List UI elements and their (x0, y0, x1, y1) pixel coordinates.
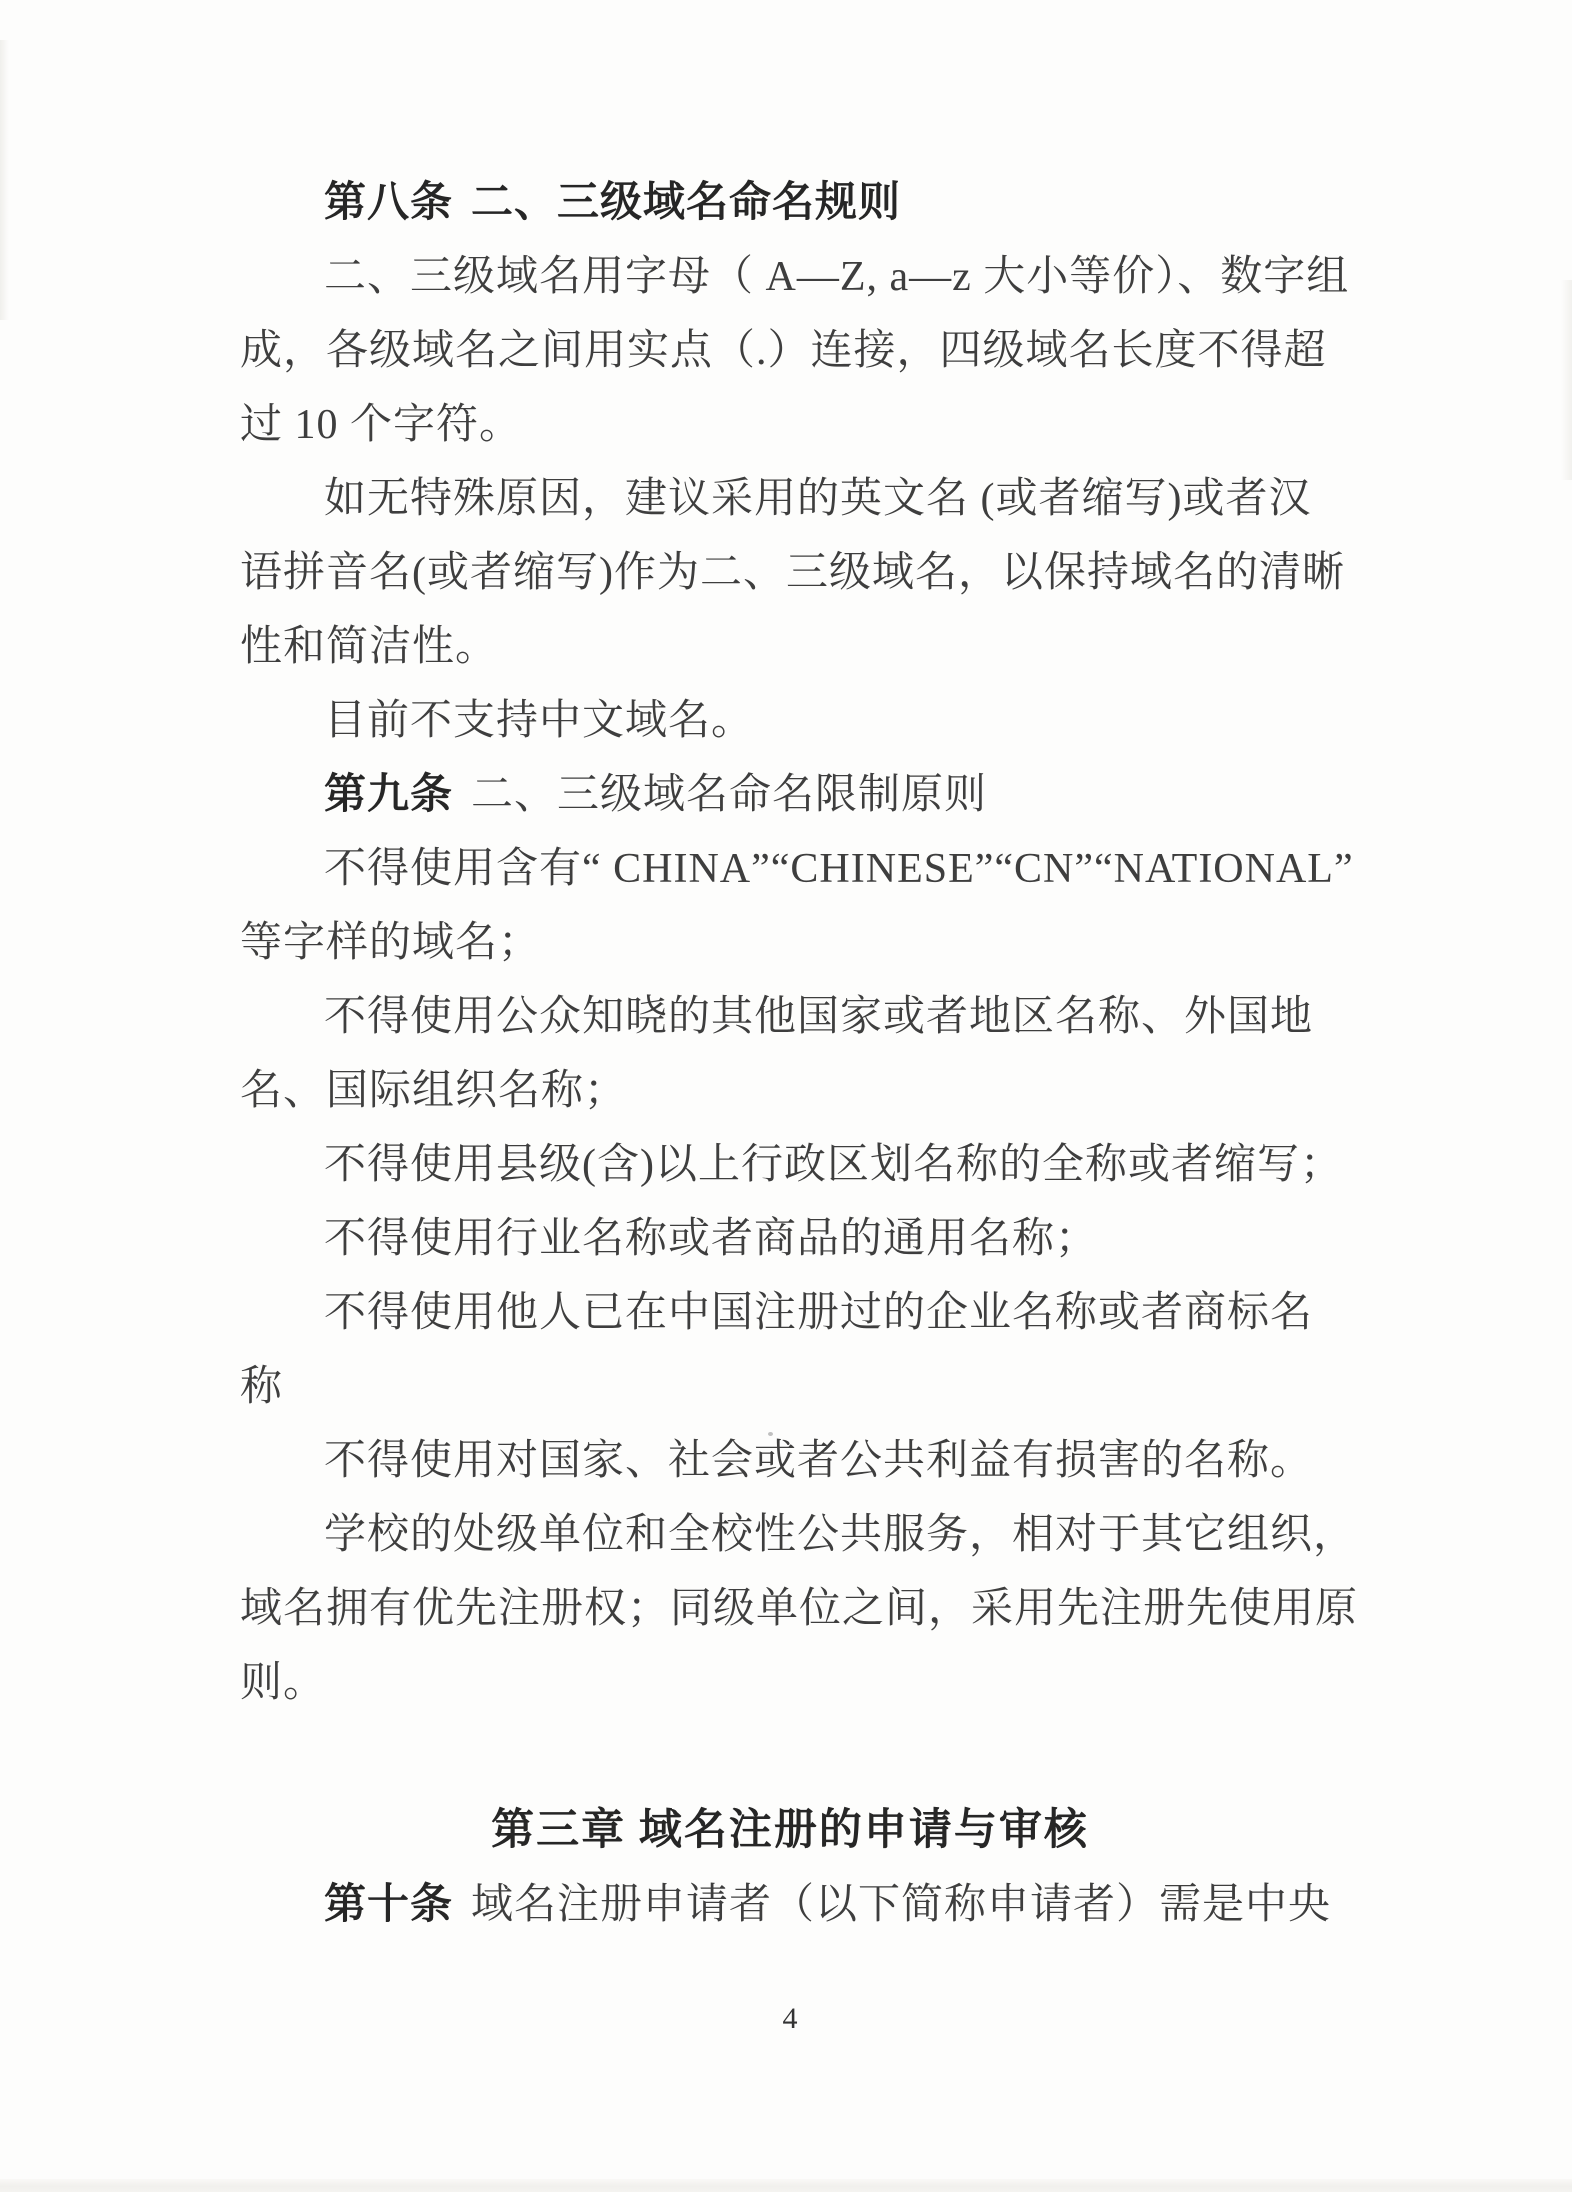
page-number: 4 (240, 2002, 1340, 2036)
paragraph-line: 性和简洁性。 (240, 610, 1340, 684)
article-8-number: 第八条 (324, 180, 453, 226)
document-body: 第八条二、三级域名命名规则 二、三级域名用字母（ A—Z, a—z 大小等价）、… (240, 166, 1340, 1942)
article-10-title: 域名注册申请者（以下简称申请者）需是中央 (471, 1882, 1331, 1928)
paragraph-line: 目前不支持中文域名。 (240, 684, 1340, 758)
article-9-heading: 第九条二、三级域名命名限制原则 (240, 758, 1340, 832)
paragraph-line: 不得使用公众知晓的其他国家或者地区名称、外国地 (240, 980, 1340, 1054)
paragraph-line: 语拼音名(或者缩写)作为二、三级域名，以保持域名的清晰 (240, 536, 1340, 610)
article-10-number: 第十条 (324, 1882, 453, 1928)
paragraph-line: 称 (240, 1350, 1340, 1424)
paragraph-line: 学校的处级单位和全校性公共服务，相对于其它组织， (240, 1498, 1340, 1572)
paragraph-line: 名、国际组织名称； (240, 1054, 1340, 1128)
article-9-title: 二、三级域名命名限制原则 (471, 772, 987, 818)
paragraph-line: 成，各级域名之间用实点（.）连接，四级域名长度不得超 (240, 314, 1340, 388)
article-8-title: 二、三级域名命名规则 (471, 180, 901, 226)
paragraph-line: 二、三级域名用字母（ A—Z, a—z 大小等价）、数字组 (240, 240, 1340, 314)
scan-artifact-left-edge (0, 40, 9, 320)
article-9-number: 第九条 (324, 772, 453, 818)
article-8-heading: 第八条二、三级域名命名规则 (240, 166, 1340, 240)
scan-artifact-right-edge (1561, 280, 1572, 480)
paragraph-line: 不得使用他人已在中国注册过的企业名称或者商标名 (240, 1276, 1340, 1350)
paragraph-line: 域名拥有优先注册权；同级单位之间，采用先注册先使用原 (240, 1572, 1340, 1646)
paragraph-line: 不得使用行业名称或者商品的通用名称； (240, 1202, 1340, 1276)
document-page: 第八条二、三级域名命名规则 二、三级域名用字母（ A—Z, a—z 大小等价）、… (0, 0, 1572, 2192)
scan-artifact-bottom-edge (0, 2179, 1572, 2192)
paragraph-line: 过 10 个字符。 (240, 388, 1340, 462)
scan-artifact-speck (768, 1432, 773, 1436)
paragraph-line: 不得使用含有“ CHINA”“CHINESE”“CN”“NATIONAL” (240, 832, 1340, 906)
chapter-3-heading: 第三章 域名注册的申请与审核 (240, 1794, 1340, 1868)
paragraph-line: 不得使用县级(含)以上行政区划名称的全称或者缩写； (240, 1128, 1340, 1202)
paragraph-line: 不得使用对国家、社会或者公共利益有损害的名称。 (240, 1424, 1340, 1498)
paragraph-line: 如无特殊原因，建议采用的英文名 (或者缩写)或者汉 (240, 462, 1340, 536)
paragraph-line: 则。 (240, 1646, 1340, 1720)
paragraph-line: 等字样的域名； (240, 906, 1340, 980)
article-10-heading: 第十条域名注册申请者（以下简称申请者）需是中央 (240, 1868, 1340, 1942)
